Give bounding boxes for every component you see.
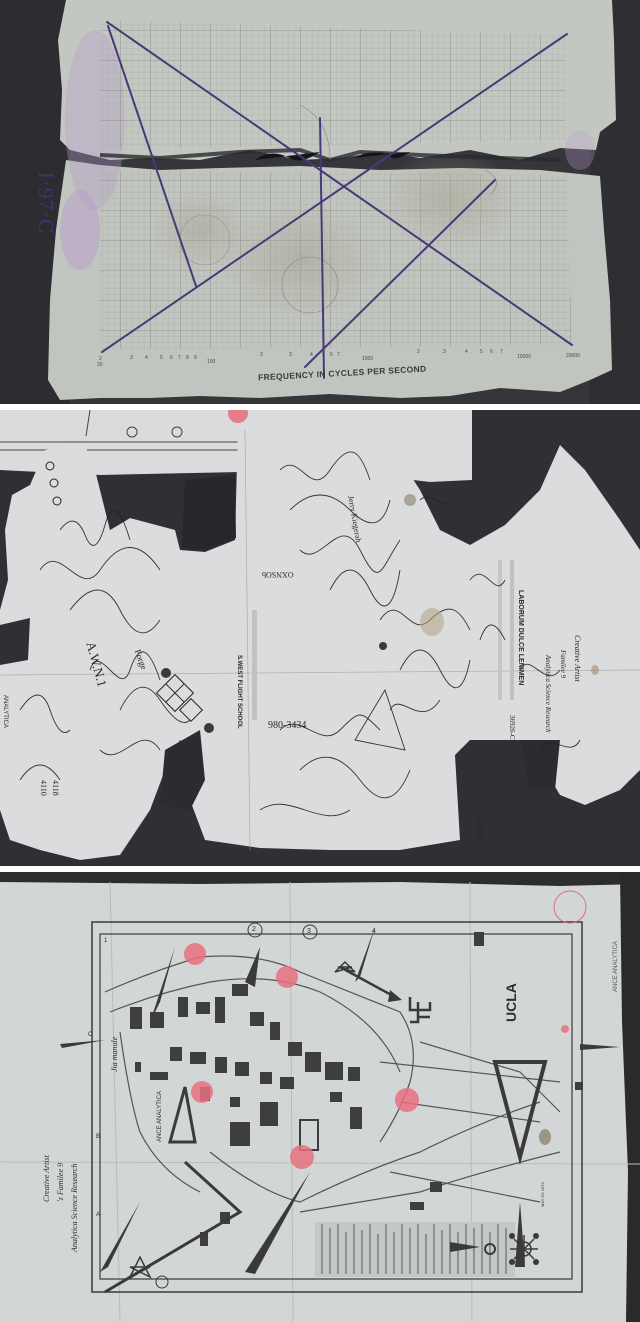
flight-school-text: S.WEST FLIGHT SCHOOL [236, 655, 242, 729]
date-stamp: MAY XX 1973 [540, 1182, 545, 1207]
latin-motto-text: LABORUM DULCE LENIMEN [517, 590, 524, 685]
svg-text:6: 6 [490, 349, 493, 355]
border-label-1: 1 [104, 938, 107, 944]
svg-text:2: 2 [260, 352, 263, 358]
svg-text:4: 4 [145, 355, 148, 361]
svg-text:3: 3 [130, 355, 133, 361]
svg-text:5: 5 [322, 352, 325, 358]
campus-map-photo: UCLA 1 2 3 4 A B C Creative Artist 'z Fa… [0, 872, 640, 1322]
oxn-text: OXNSOb [262, 570, 294, 579]
svg-text:3: 3 [289, 352, 292, 358]
svg-text:8: 8 [186, 355, 189, 361]
familee-text: Familee 9 [559, 650, 567, 678]
graph-paper-photo: 220 345 6789 100 234 567 1000 234 567 10… [0, 0, 640, 404]
stamp-label: I·97·C [33, 172, 58, 234]
torn-signed-paper-photo: 980-3434 S.WEST FLIGHT SCHOOL LABORUM DU… [0, 410, 640, 866]
code-text: 36926-CH [508, 715, 516, 745]
svg-text:7: 7 [337, 352, 340, 358]
margin-text-creative: Creative Artist [42, 1155, 51, 1202]
svg-text:2: 2 [417, 349, 420, 355]
research-text: Analytica Science Research [544, 655, 552, 732]
svg-text:20000: 20000 [566, 353, 580, 359]
border-label-4: 4 [372, 928, 376, 935]
svg-text:6: 6 [330, 352, 333, 358]
svg-text:5: 5 [480, 349, 483, 355]
number-4110-text: 4110 [39, 780, 48, 796]
svg-text:1000: 1000 [362, 356, 373, 362]
svg-text:9: 9 [194, 355, 197, 361]
svg-text:4: 4 [465, 349, 468, 355]
margin-text-research: Analytica Science Research [70, 1163, 79, 1252]
number-4118-text: 4118 [51, 780, 60, 796]
border-label-2: 2 [252, 926, 256, 933]
svg-text:5: 5 [160, 355, 163, 361]
svg-text:7: 7 [178, 355, 181, 361]
number-3288-text: 3288 [473, 815, 488, 839]
border-label-b: B [96, 1134, 100, 1140]
svg-text:7: 7 [500, 349, 503, 355]
svg-text:4: 4 [310, 352, 313, 358]
svg-text:10000: 10000 [517, 354, 531, 360]
svg-text:100: 100 [207, 359, 216, 365]
border-label-c: C [88, 1032, 92, 1038]
border-label-a: A [96, 1212, 100, 1218]
svg-text:6: 6 [170, 355, 173, 361]
center-logo-text: ANCE ANALYTICA [157, 1091, 163, 1142]
border-label-3: 3 [307, 928, 311, 935]
map-title: UCLA [503, 983, 519, 1022]
phone-number-text: 980-3434 [268, 720, 306, 731]
torn-paper-illustration [0, 410, 640, 866]
corner-logo-text: ANCE ANALYTICA [613, 941, 619, 992]
script-label: Jia manule [110, 1037, 119, 1072]
campus-map-illustration [0, 872, 640, 1322]
analytica-text: ANALYTICA [2, 695, 8, 728]
svg-text:20: 20 [97, 362, 103, 368]
creative-artist-text: Creative Artist [573, 635, 582, 682]
svg-text:3: 3 [443, 349, 446, 355]
margin-text-familee: 'z Familee 9 [56, 1163, 65, 1202]
graph-paper-illustration: 220 345 6789 100 234 567 1000 234 567 10… [0, 0, 640, 404]
